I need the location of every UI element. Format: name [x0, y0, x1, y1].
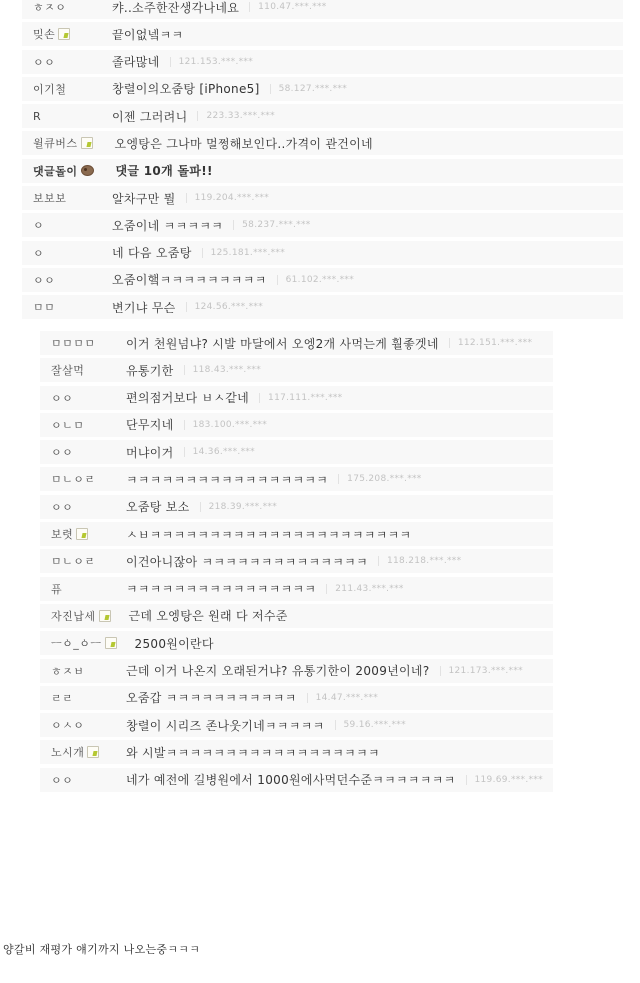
commenter-ip: 59.16.***.*** — [335, 720, 406, 730]
comment-row: ㅇ오줌이네 ㅋㅋㅋㅋㅋ58.237.***.*** — [22, 213, 623, 237]
commenter-nickname[interactable]: ㅇㅇ — [51, 390, 73, 406]
commenter-nickname[interactable]: ㅁㅁㅁㅁ — [51, 335, 96, 351]
comment-text: 2500원이란다 — [135, 635, 214, 652]
commenter: ㅁㅁㅁㅁ — [40, 335, 108, 351]
commenter-ip: 183.100.***.*** — [184, 420, 267, 430]
gallog-icon[interactable] — [99, 610, 111, 622]
comment-list-main: ㅎㅈㅇ캬..소주한잔생각나네요110.47.***.***밎손끝이없넼ㅋㅋㅇㅇ졸… — [22, 0, 623, 323]
commenter: ㅇㅇ — [40, 390, 108, 406]
commenter: 윌큐버스 — [22, 135, 93, 151]
comment-row: ㅇㅅㅇ창렬이 시리즈 존나웃기네ㅋㅋㅋㅋㅋ59.16.***.*** — [40, 713, 553, 737]
commenter-ip: 119.204.***.*** — [186, 193, 269, 203]
commenter-ip: 175.208.***.*** — [338, 474, 421, 484]
commenter: ㅇㅅㅇ — [40, 717, 108, 733]
commenter-ip: 112.151.***.*** — [449, 338, 532, 348]
comment-text: 졸라많네 — [112, 53, 160, 70]
commenter-nickname[interactable]: ㅎㅈㅇ — [33, 0, 66, 15]
commenter-ip: 110.47.***.*** — [249, 2, 326, 12]
commenter-nickname[interactable]: 자진납세 — [51, 608, 96, 624]
comment-row: ㅇㅇ오줌이햌ㅋㅋㅋㅋㅋㅋㅋㅋㅋ61.102.***.*** — [22, 268, 623, 292]
commenter-ip: 61.102.***.*** — [277, 275, 354, 285]
commenter-ip: 14.47.***.*** — [307, 693, 378, 703]
comment-row: ㅇㅇ편의점거보다 ㅂㅅ같네117.111.***.*** — [40, 386, 553, 410]
comment-row: ㅁㄴㅇㄹㅋㅋㅋㅋㅋㅋㅋㅋㅋㅋㅋㅋㅋㅋㅋㅋㅋ175.208.***.*** — [40, 467, 553, 491]
commenter: 밎손 — [22, 26, 90, 42]
comment-row: 보렷ㅅㅂㅋㅋㅋㅋㅋㅋㅋㅋㅋㅋㅋㅋㅋㅋㅋㅋㅋㅋㅋㅋㅋㅋ — [40, 522, 553, 546]
commenter: ㅇㅇ — [40, 444, 108, 460]
commenter: ㅇ — [22, 245, 90, 261]
comment-text: 네 다음 오줌탕 — [112, 244, 192, 261]
comment-row: ㅁㅁㅁㅁ이거 천원넘냐? 시발 마달에서 오엥2개 사먹는게 훨좋겟네112.1… — [40, 331, 553, 355]
commenter: ㅁㄴㅇㄹ — [40, 553, 108, 569]
commenter: ㅁㄴㅇㄹ — [40, 471, 108, 487]
commenter-ip: 121.173.***.*** — [440, 666, 523, 676]
comment-row: 댓글돌이댓글 10개 돌파!! — [22, 159, 623, 183]
commenter: 보렷 — [40, 526, 108, 542]
gallog-icon[interactable] — [76, 528, 88, 540]
commenter: ㅡㆁ_ㆁㅡ — [40, 635, 117, 651]
comment-text: 창렬이의오줌탕 [iPhone5] — [112, 80, 260, 97]
commenter-nickname[interactable]: ㅁㄴㅇㄹ — [51, 553, 96, 569]
comment-text: 편의점거보다 ㅂㅅ같네 — [126, 389, 249, 406]
commenter-nickname[interactable]: 잘살먹 — [51, 362, 84, 378]
comment-bot-icon[interactable] — [81, 165, 94, 176]
commenter: R — [22, 110, 90, 123]
commenter: 잘살먹 — [40, 362, 108, 378]
comment-text: 근데 이거 나온지 오래된거냐? 유통기한이 2009년이네? — [126, 662, 430, 679]
comment-text: 알차구만 뭘 — [112, 190, 176, 207]
commenter: ㅎㅈㅇ — [22, 0, 90, 15]
commenter-nickname[interactable]: ㅇㅇ — [51, 444, 73, 460]
gallog-icon[interactable] — [87, 746, 99, 758]
comment-row: ㅎㅈㅇ캬..소주한잔생각나네요110.47.***.*** — [22, 0, 623, 19]
comment-row: 밎손끝이없넼ㅋㅋ — [22, 22, 623, 46]
comment-row: ㅇㅇ오줌탕 보소218.39.***.*** — [40, 495, 553, 519]
commenter-ip: 118.43.***.*** — [184, 365, 261, 375]
commenter-nickname[interactable]: 노시개 — [51, 744, 84, 760]
comment-row: 자진납세근데 오엥탕은 원래 다 저수준 — [40, 604, 553, 628]
commenter-ip: 124.56.***.*** — [186, 302, 263, 312]
commenter-nickname[interactable]: 윌큐버스 — [33, 135, 78, 151]
commenter: ㄹㄹ — [40, 690, 108, 706]
comment-text: 근데 오엥탕은 원래 다 저수준 — [129, 607, 288, 624]
commenter-ip: 125.181.***.*** — [202, 248, 285, 258]
comment-row: 이기철창렬이의오줌탕 [iPhone5]58.127.***.*** — [22, 77, 623, 101]
comment-text: 캬..소주한잔생각나네요 — [112, 0, 239, 16]
comment-text: 이거 천원넘냐? 시발 마달에서 오엥2개 사먹는게 훨좋겟네 — [126, 335, 439, 352]
comment-row: ㄹㄹ오줌갑 ㅋㅋㅋㅋㅋㅋㅋㅋㅋㅋㅋ14.47.***.*** — [40, 686, 553, 710]
commenter: 이기철 — [22, 81, 90, 97]
bottom-caption: 양갈비 재평가 얘기까지 나오는중ㅋㅋㅋ — [3, 941, 200, 957]
commenter-nickname[interactable]: ㅇㅇ — [51, 499, 73, 515]
commenter: ㅁㅁ — [22, 299, 90, 315]
commenter: ㅇㅇ — [22, 54, 90, 70]
commenter: ㅇ — [22, 217, 90, 233]
comment-text: 네가 예전에 길병원에서 1000원에사먹던수준ㅋㅋㅋㅋㅋㅋㅋ — [126, 771, 456, 788]
commenter-ip: 118.218.***.*** — [378, 556, 461, 566]
commenter-nickname[interactable]: ㅇㅅㅇ — [51, 717, 84, 733]
commenter-ip: 119.69.***.*** — [466, 775, 543, 785]
comment-text: 오줌이햌ㅋㅋㅋㅋㅋㅋㅋㅋㅋ — [112, 271, 267, 288]
commenter: 노시개 — [40, 744, 108, 760]
commenter-nickname[interactable]: ㅡㆁ_ㆁㅡ — [51, 635, 102, 651]
commenter: 퓨 — [40, 581, 108, 597]
gallog-icon[interactable] — [81, 137, 93, 149]
comment-text: 머냐이거 — [126, 444, 174, 461]
comment-row: 노시개와 시발ㅋㅋㅋㅋㅋㅋㅋㅋㅋㅋㅋㅋㅋㅋㅋㅋㅋㅋ — [40, 740, 553, 764]
comment-text: 창렬이 시리즈 존나웃기네ㅋㅋㅋㅋㅋ — [126, 717, 325, 734]
commenter-nickname[interactable]: ㅎㅈㅂ — [51, 663, 84, 679]
comment-text: 단무지네 — [126, 416, 174, 433]
commenter-nickname[interactable]: ㄹㄹ — [51, 690, 73, 706]
comment-text: 끝이없넼ㅋㅋ — [112, 26, 183, 43]
commenter-nickname[interactable]: 보렷 — [51, 526, 73, 542]
commenter: ㅇㅇ — [40, 499, 108, 515]
commenter: 보보보 — [22, 190, 90, 206]
commenter: ㅇㅇ — [22, 272, 90, 288]
comment-row: ㅇㅇ네가 예전에 길병원에서 1000원에사먹던수준ㅋㅋㅋㅋㅋㅋㅋ119.69.… — [40, 768, 553, 792]
commenter-nickname[interactable]: 퓨 — [51, 581, 62, 597]
comment-row: ㅇㅇ머냐이거14.36.***.*** — [40, 440, 553, 464]
comment-text: 댓글 10개 돌파!! — [116, 162, 213, 179]
comment-text: 와 시발ㅋㅋㅋㅋㅋㅋㅋㅋㅋㅋㅋㅋㅋㅋㅋㅋㅋㅋ — [126, 744, 380, 761]
comment-row: 잘살먹유통기한118.43.***.*** — [40, 358, 553, 382]
commenter-ip: 117.111.***.*** — [259, 393, 342, 403]
comment-list-reply: ㅁㅁㅁㅁ이거 천원넘냐? 시발 마달에서 오엥2개 사먹는게 훨좋겟네112.1… — [40, 331, 553, 795]
commenter: ㅎㅈㅂ — [40, 663, 108, 679]
commenter-ip: 218.39.***.*** — [200, 502, 277, 512]
comment-text: 변기냐 무슨 — [112, 299, 176, 316]
commenter-nickname[interactable]: ㅇ — [33, 217, 44, 233]
commenter-nickname[interactable]: R — [33, 110, 41, 123]
comment-row: 보보보알차구만 뭘119.204.***.*** — [22, 186, 623, 210]
comment-text: 이젠 그러려니 — [112, 108, 187, 125]
commenter-nickname[interactable]: ㅁㅁ — [33, 299, 55, 315]
commenter-nickname[interactable]: ㅇㅇ — [33, 272, 55, 288]
commenter-nickname[interactable]: ㅁㄴㅇㄹ — [51, 471, 96, 487]
commenter: ㅇㄴㅁ — [40, 417, 108, 433]
comment-row: R이젠 그러려니223.33.***.*** — [22, 104, 623, 128]
commenter-nickname[interactable]: 이기철 — [33, 81, 66, 97]
commenter-nickname[interactable]: ㅇㅇ — [33, 54, 55, 70]
comment-row: 퓨ㅋㅋㅋㅋㅋㅋㅋㅋㅋㅋㅋㅋㅋㅋㅋㅋ211.43.***.*** — [40, 577, 553, 601]
commenter-ip: 14.36.***.*** — [184, 447, 255, 457]
comment-row: ㅁㅁ변기냐 무슨124.56.***.*** — [22, 295, 623, 319]
commenter-nickname[interactable]: ㅇㄴㅁ — [51, 417, 84, 433]
gallog-icon[interactable] — [58, 28, 70, 40]
commenter-ip: 58.127.***.*** — [270, 84, 347, 94]
comment-text: 오줌이네 ㅋㅋㅋㅋㅋ — [112, 217, 223, 234]
comment-text: ㅋㅋㅋㅋㅋㅋㅋㅋㅋㅋㅋㅋㅋㅋㅋㅋㅋ — [126, 471, 328, 488]
commenter-nickname[interactable]: ㅇ — [33, 245, 44, 261]
comment-text: 오줌탕 보소 — [126, 498, 190, 515]
comment-row: ㅁㄴㅇㄹ이건아니잖아 ㅋㅋㅋㅋㅋㅋㅋㅋㅋㅋㅋㅋㅋㅋ118.218.***.*** — [40, 549, 553, 573]
comment-row: ㅇ네 다음 오줌탕125.181.***.*** — [22, 241, 623, 265]
commenter-ip: 121.153.***.*** — [170, 57, 253, 67]
comment-text: 오줌갑 ㅋㅋㅋㅋㅋㅋㅋㅋㅋㅋㅋ — [126, 689, 297, 706]
comment-text: ㅅㅂㅋㅋㅋㅋㅋㅋㅋㅋㅋㅋㅋㅋㅋㅋㅋㅋㅋㅋㅋㅋㅋㅋ — [126, 526, 411, 543]
comment-row: ㅡㆁ_ㆁㅡ2500원이란다 — [40, 631, 553, 655]
commenter: 댓글돌이 — [22, 163, 94, 179]
comment-text: ㅋㅋㅋㅋㅋㅋㅋㅋㅋㅋㅋㅋㅋㅋㅋㅋ — [126, 580, 316, 597]
commenter: 자진납세 — [40, 608, 111, 624]
commenter-nickname[interactable]: ㅇㅇ — [51, 772, 73, 788]
comment-row: ㅇㄴㅁ단무지네183.100.***.*** — [40, 413, 553, 437]
commenter-ip: 211.43.***.*** — [326, 584, 403, 594]
commenter-nickname[interactable]: 보보보 — [33, 190, 66, 206]
comment-text: 오엥탕은 그나마 멀쩡해보인다..가격이 관건이네 — [115, 135, 373, 152]
commenter-nickname[interactable]: 밎손 — [33, 26, 55, 42]
comment-row: ㅇㅇ졸라많네121.153.***.*** — [22, 50, 623, 74]
commenter-ip: 223.33.***.*** — [197, 111, 274, 121]
comment-text: 유통기한 — [126, 362, 174, 379]
comment-row: ㅎㅈㅂ근데 이거 나온지 오래된거냐? 유통기한이 2009년이네?121.17… — [40, 659, 553, 683]
commenter-nickname[interactable]: 댓글돌이 — [33, 163, 78, 179]
gallog-icon[interactable] — [105, 637, 117, 649]
commenter-ip: 58.237.***.*** — [233, 220, 310, 230]
comment-text: 이건아니잖아 ㅋㅋㅋㅋㅋㅋㅋㅋㅋㅋㅋㅋㅋㅋ — [126, 553, 368, 570]
commenter: ㅇㅇ — [40, 772, 108, 788]
comment-row: 윌큐버스오엥탕은 그나마 멀쩡해보인다..가격이 관건이네 — [22, 131, 623, 155]
